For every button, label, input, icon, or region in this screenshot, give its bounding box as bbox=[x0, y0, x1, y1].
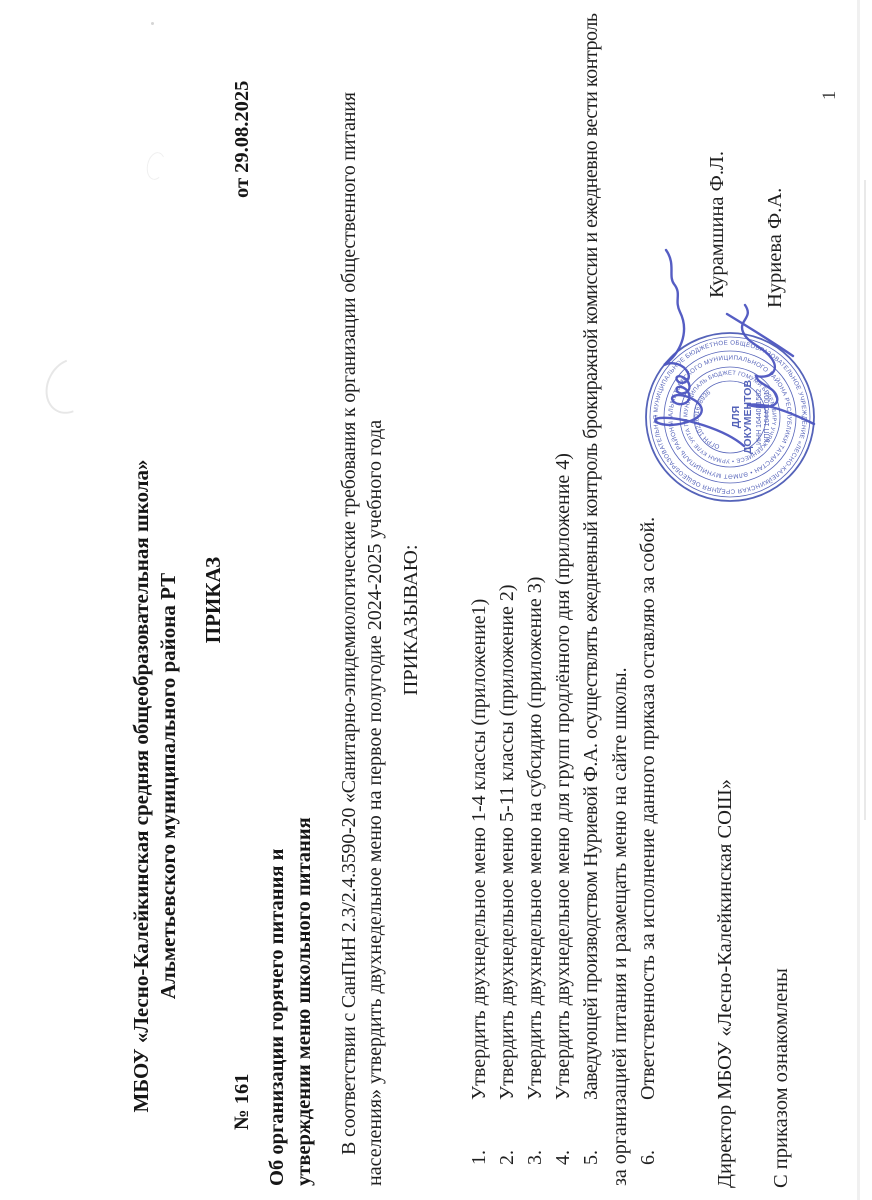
number-date-line: № 161 от 29.08.2025 bbox=[229, 0, 256, 1200]
acknowledgement-label: С приказом ознакомлены bbox=[768, 968, 795, 1188]
order-word: ПРИКАЗЫВАЮ: bbox=[400, 40, 423, 1200]
doc-date: от 29.08.2025 bbox=[229, 81, 256, 198]
signature-nurieva-stroke bbox=[727, 314, 793, 356]
org-title-line2: Альметьевского муниципального района РТ bbox=[155, 372, 182, 1200]
item-text: Утвердить двухнедельное меню 1-4 классы … bbox=[466, 599, 493, 1100]
item-text: Утвердить двухнедельное меню на субсидию… bbox=[522, 577, 549, 1100]
item-number: 4. bbox=[550, 1150, 577, 1165]
item-number: 1. bbox=[466, 1150, 493, 1165]
order-item-3: 3. Утвердить двухнедельное меню на субси… bbox=[522, 0, 549, 1200]
director-line: Директор МБОУ «Лесно-Калейкинская СОШ» К… bbox=[712, 0, 739, 1200]
signatures-overlay bbox=[630, 220, 840, 460]
doc-subject-line2: утверждении меню школьного питания bbox=[291, 817, 318, 1186]
order-document: МБОУ «Лесно-Калейкинская средняя общеобр… bbox=[0, 0, 872, 1200]
acknowledgement-line: С приказом ознакомлены Нуриева Ф.А. bbox=[768, 0, 795, 1200]
scan-speck-artifact bbox=[151, 22, 154, 25]
doc-subject: Об организации горячего питания и утверж… bbox=[264, 817, 318, 1186]
order-item-2: 2. Утвердить двухнедельное меню 5-11 кла… bbox=[494, 0, 521, 1200]
order-item-4: 4. Утвердить двухнедельное меню для груп… bbox=[550, 0, 577, 1200]
scan-edge-artifact bbox=[857, 0, 860, 1200]
item-number: 6. bbox=[635, 1150, 662, 1165]
doc-number: № 161 bbox=[229, 1074, 256, 1130]
signature-kuramshina bbox=[655, 250, 744, 446]
item-number: 5. bbox=[578, 1150, 605, 1165]
item-text: Утвердить двухнедельное меню для групп п… bbox=[550, 453, 577, 1100]
item-number: 3. bbox=[522, 1150, 549, 1165]
item-text: Заведующей производством Нуриевой Ф.А. о… bbox=[578, 13, 605, 1100]
intro-line1: В соответствии с СанПиН 2.3/2.4.3590-20 … bbox=[336, 92, 362, 1155]
doc-subject-line1: Об организации горячего питания и bbox=[264, 817, 291, 1186]
order-item-5-continued: за организацией питания и размещать меню… bbox=[607, 667, 633, 1186]
doc-type-heading: ПРИКАЗ bbox=[201, 0, 226, 1200]
order-item-6: 6. Ответственность за исполнение данного… bbox=[635, 0, 662, 1200]
order-item-1: 1. Утвердить двухнедельное меню 1-4 клас… bbox=[466, 0, 493, 1200]
org-title-line1: МБОУ «Лесно-Калейкинская средняя общеобр… bbox=[128, 372, 155, 1200]
item-text: Утвердить двухнедельное меню 5-11 классы… bbox=[494, 584, 521, 1100]
scanned-page: МБОУ «Лесно-Калейкинская средняя общеобр… bbox=[0, 0, 872, 1200]
page-number: 1 bbox=[820, 91, 841, 100]
item-text: Ответственность за исполнение данного пр… bbox=[635, 517, 662, 1100]
item-number: 2. bbox=[494, 1150, 521, 1165]
org-title: МБОУ «Лесно-Калейкинская средняя общеобр… bbox=[128, 372, 182, 1200]
order-item-5: 5. Заведующей производством Нуриевой Ф.А… bbox=[578, 0, 605, 1200]
director-label: Директор МБОУ «Лесно-Калейкинская СОШ» bbox=[712, 779, 739, 1188]
scan-edge-artifact-2 bbox=[864, 180, 866, 820]
signature-nurieva bbox=[742, 305, 814, 424]
intro-line2: населения» утвердить двухнедельное меню … bbox=[362, 420, 388, 1186]
